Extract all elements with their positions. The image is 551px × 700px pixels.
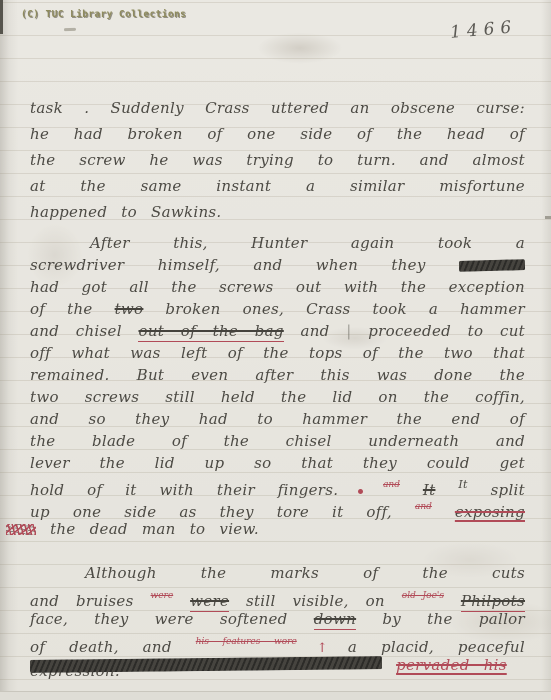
manuscript-line: After this, Hunter again took a: [30, 232, 525, 254]
manuscript-line: of the two broken ones, Crass took a ham…: [30, 298, 525, 320]
manuscript-line: two screws still held the lid on the cof…: [30, 386, 525, 408]
red-scribble-word: [6, 524, 36, 535]
manuscript-line: the screw he was trying to turn. and alm…: [30, 147, 525, 173]
manuscript-line: and bruises were were still visible, on …: [30, 585, 525, 608]
page-number: 1466: [449, 17, 518, 43]
manuscript-line: Although the marks of the cuts: [30, 562, 525, 585]
text-segment: |: [346, 322, 351, 340]
text-segment: he had broken of one side of the head of: [30, 125, 525, 143]
text-segment: at the same instant a similar misfortune: [30, 177, 525, 195]
text-segment: old Joe's: [402, 591, 444, 601]
text-segment: exposing: [455, 503, 525, 521]
red-period-mark: [358, 489, 363, 494]
manuscript-line: at the same instant a similar misfortune: [30, 173, 525, 199]
text-segment: and: [415, 502, 432, 512]
manuscript-line: off what was left of the tops of the two…: [30, 342, 525, 364]
text-segment: of the: [30, 300, 93, 318]
manuscript-paragraph: task . Suddenly Crass uttered an obscene…: [30, 95, 525, 225]
manuscript-line: had got all the screws out with the exce…: [30, 276, 525, 298]
text-segment: broken ones, Crass took a hammer: [165, 300, 525, 318]
text-segment: by the pallor: [382, 610, 525, 628]
manuscript-line: and chisel out of the bag and | proceede…: [30, 320, 525, 342]
text-segment: pervaded his: [396, 656, 507, 674]
page-edge-left: [0, 0, 3, 34]
text-segment: out of the bag: [138, 322, 283, 342]
text-segment: and: [300, 322, 329, 340]
manuscript-line: of death, and his features wore ↑ a plac…: [30, 631, 525, 654]
text-segment: had got all the screws out with the exce…: [30, 278, 525, 296]
manuscript-line: he had broken of one side of the head of: [30, 121, 525, 147]
text-segment: and chisel: [30, 322, 122, 340]
page-edge-tick: [545, 216, 551, 219]
manuscript-line: face, they were softened down by the pal…: [30, 608, 525, 631]
text-segment: two: [115, 300, 144, 318]
text-segment: and: [383, 480, 400, 490]
watermark-dash: [64, 28, 76, 31]
text-segment: screwdriver himself, and when they: [30, 256, 426, 274]
text-segment: After this, Hunter again took a: [90, 234, 525, 252]
scribbled-out-line: [30, 656, 382, 673]
manuscript-paragraph: Although the marks of the cuts and bruis…: [30, 562, 525, 677]
text-segment: his features wore: [196, 637, 297, 647]
text-segment: the blade of the chisel underneath and: [30, 432, 525, 450]
text-segment: lever the lid up so that they could get: [30, 454, 525, 472]
text-segment: off what was left of the tops of the two…: [30, 344, 525, 362]
manuscript-line: the blade of the chisel underneath and: [30, 430, 525, 452]
manuscript-paragraph: After this, Hunter again took a screwdri…: [30, 232, 525, 540]
manuscript-line: hold of it with their fingers. and It It…: [30, 474, 525, 496]
text-segment: It: [458, 478, 467, 491]
page-edge-bottom: [0, 691, 551, 700]
text-segment: remained. But even after this was done t…: [30, 366, 525, 384]
text-segment: down: [314, 610, 356, 630]
watermark: (C) TUC Library Collections: [21, 9, 186, 20]
manuscript-line: screwdriver himself, and when they: [30, 254, 525, 276]
text-segment: face, they were softened: [30, 610, 288, 628]
manuscript-line: remained. But even after this was done t…: [30, 364, 525, 386]
manuscript-line: up one side as they tore it off, and exp…: [30, 496, 525, 518]
manuscript-line: happened to Sawkins.: [30, 199, 525, 225]
text-segment: were: [151, 591, 174, 601]
scribbled-out-word: [459, 259, 525, 272]
text-segment: Although the marks of the cuts: [85, 564, 525, 582]
manuscript-line: pervaded his: [30, 654, 525, 677]
text-segment: two screws still held the lid on the cof…: [30, 388, 525, 406]
text-segment: proceeded to cut: [368, 322, 525, 340]
manuscript-line: task . Suddenly Crass uttered an obscene…: [30, 95, 525, 121]
text-segment: happened to Sawkins.: [30, 203, 222, 221]
text-segment: the screw he was trying to turn. and alm…: [30, 151, 525, 169]
manuscript-line: the dead man to view.: [30, 518, 525, 540]
manuscript-line: lever the lid up so that they could get: [30, 452, 525, 474]
text-segment: the dead man to view.: [50, 520, 259, 538]
manuscript-page: { "watermark": { "text": "(C) TUC Librar…: [0, 0, 551, 700]
manuscript-line: and so they had to hammer the end of: [30, 408, 525, 430]
text-segment: and so they had to hammer the end of: [30, 410, 525, 428]
text-segment: task . Suddenly Crass uttered an obscene…: [30, 99, 525, 117]
